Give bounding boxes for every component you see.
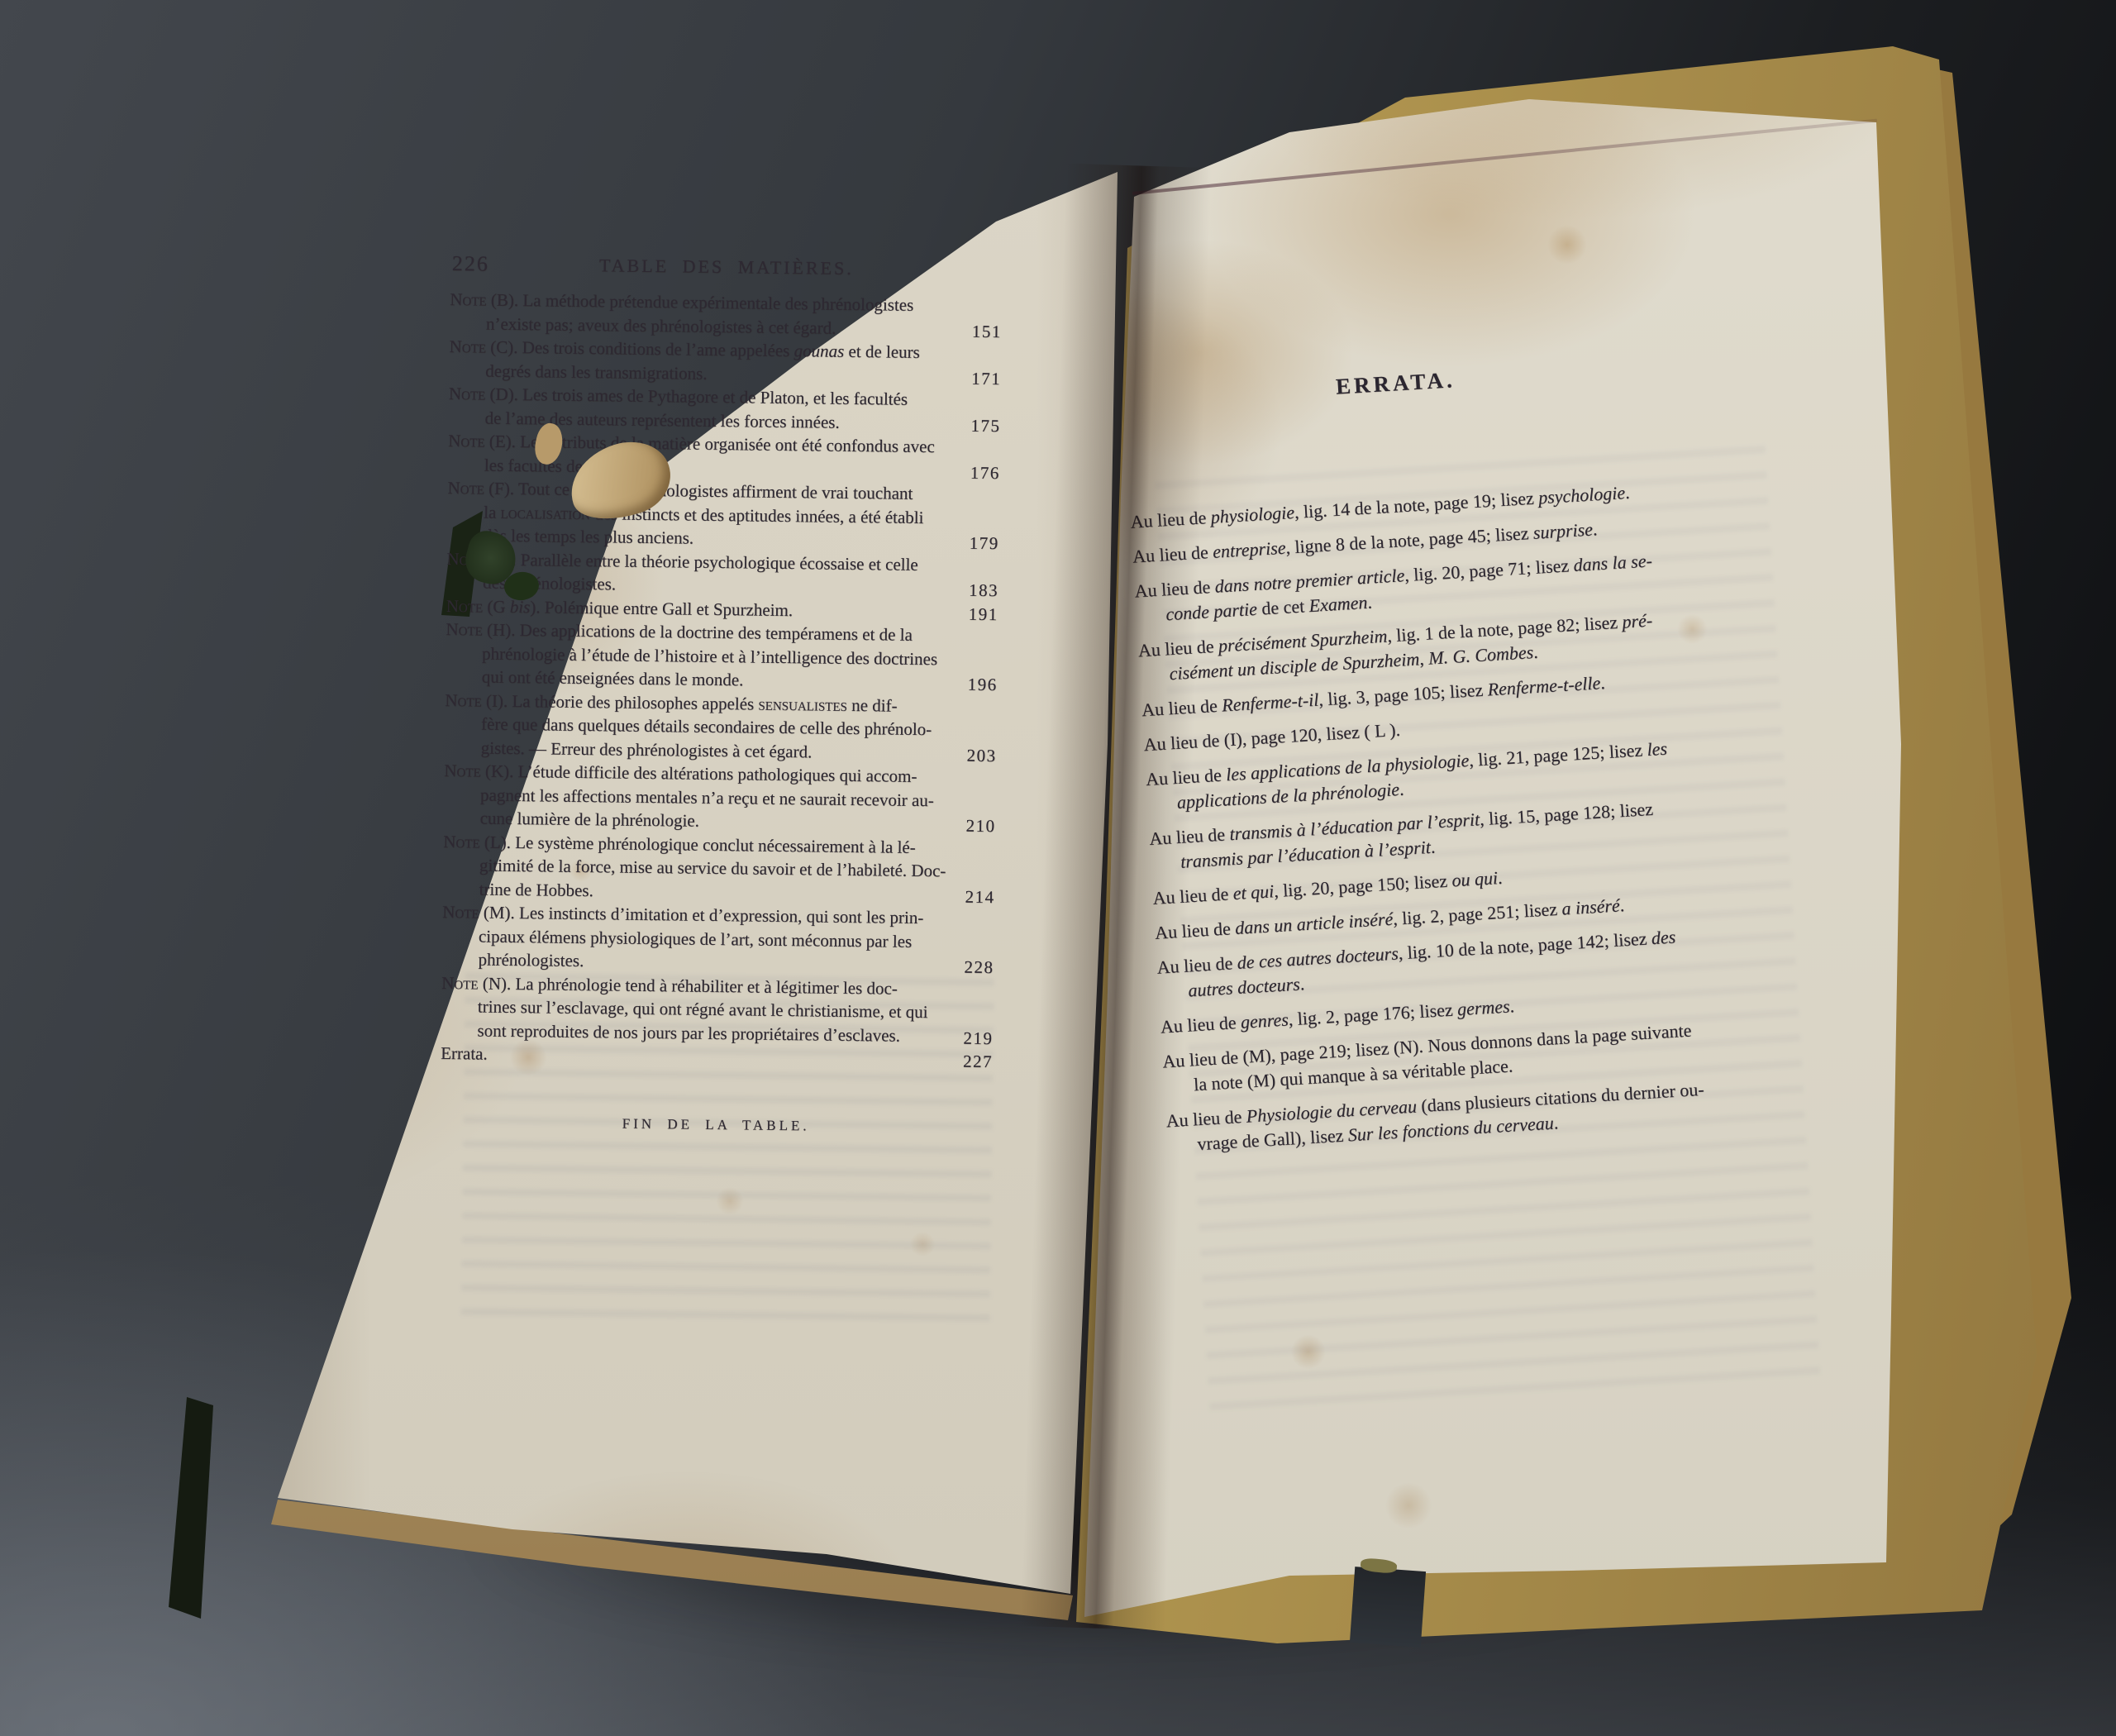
text-segment: sont reproduites de nos jours par les pr… bbox=[477, 1020, 900, 1045]
text-segment: (N). La phrénologie tend à réhabiliter e… bbox=[478, 973, 898, 998]
text-segment: Note bbox=[448, 431, 485, 451]
bottom-edge-notch bbox=[1350, 1567, 1426, 1648]
text-segment: autres docteurs bbox=[1188, 974, 1301, 1001]
text-segment: . bbox=[1497, 867, 1503, 888]
text-segment: germes bbox=[1456, 996, 1510, 1020]
toc-page-number: 179 bbox=[970, 532, 999, 556]
text-segment: . bbox=[1509, 995, 1515, 1016]
text-segment: Note bbox=[447, 478, 484, 498]
text-segment: gitimité de la force, mise au service du… bbox=[479, 855, 946, 880]
text-segment: trines sur l’esclavage, qui ont régné av… bbox=[478, 996, 928, 1022]
text-segment: , lig. 14 de la note, page 19; lisez bbox=[1294, 487, 1539, 522]
toc-page-number: 228 bbox=[964, 956, 994, 980]
text-segment: ne dif- bbox=[847, 694, 898, 715]
toc-page-number: 176 bbox=[970, 460, 1000, 484]
text-segment: , lig. 2, page 176; lisez bbox=[1288, 999, 1458, 1029]
text-segment: sensualistes bbox=[758, 694, 847, 714]
text-segment: dans un article inséré bbox=[1234, 909, 1393, 938]
toc-page-number: 214 bbox=[965, 885, 994, 909]
text-segment: (L). Le système phrénologique conclut né… bbox=[479, 832, 915, 856]
text-segment: (M). Les instincts d’imitation et d’expr… bbox=[479, 902, 923, 928]
text-segment: . bbox=[1624, 482, 1630, 503]
text-segment: , ligne 8 de la note, page 45; lisez bbox=[1285, 522, 1534, 558]
text-segment: genres bbox=[1240, 1009, 1289, 1032]
text-segment: . bbox=[1299, 973, 1305, 994]
toc-page-number: 219 bbox=[963, 1026, 993, 1050]
toc-page-number: 171 bbox=[971, 366, 1001, 390]
text-segment: . bbox=[1430, 837, 1436, 857]
book-photo: 226 TABLE DES MATIÈRES. Note (B). La mét… bbox=[0, 0, 2116, 1736]
text-segment: M. G. Combes bbox=[1427, 641, 1533, 668]
text-segment: Note bbox=[449, 384, 486, 404]
text-segment: . bbox=[1399, 779, 1404, 799]
text-segment: , lig. 2, page 251; lisez bbox=[1392, 899, 1562, 929]
toc-page-number: 151 bbox=[972, 319, 1002, 343]
text-segment: et de leurs bbox=[844, 341, 920, 362]
text-segment: . bbox=[1619, 894, 1625, 915]
text-segment: a inséré bbox=[1561, 894, 1621, 918]
text-segment: . bbox=[1367, 592, 1373, 613]
text-segment: les bbox=[1647, 738, 1668, 760]
text-segment: ou qui bbox=[1451, 867, 1499, 890]
text-segment: n’existe pas; aveux des phrénologistes à… bbox=[486, 313, 836, 337]
text-segment: et qui bbox=[1232, 880, 1275, 904]
toc-page-number: 196 bbox=[967, 673, 997, 697]
text-segment: degrés dans les transmigrations. bbox=[485, 360, 708, 383]
text-segment: entreprise bbox=[1212, 537, 1286, 562]
text-segment: , lig. 20, page 150; lisez bbox=[1273, 870, 1452, 901]
text-segment: . bbox=[1592, 518, 1598, 539]
text-segment: Note bbox=[450, 289, 487, 310]
toc-page-number: 175 bbox=[970, 413, 1000, 437]
page-number-folio: 226 bbox=[452, 251, 489, 277]
text-segment: Renferme-t-il bbox=[1221, 689, 1319, 716]
text-segment: de cet bbox=[1256, 595, 1309, 619]
text-segment: de l’ame des auteurs représentent les fo… bbox=[484, 408, 839, 432]
text-segment: des bbox=[1651, 927, 1676, 949]
text-segment: Renferme-t-elle bbox=[1487, 672, 1601, 699]
text-segment: dans la se- bbox=[1573, 550, 1653, 575]
text-segment: surprise bbox=[1532, 519, 1593, 543]
text-segment: . bbox=[1532, 641, 1538, 662]
text-segment: phrénologistes. bbox=[478, 949, 584, 971]
right-page-text: ERRATA. Au lieu de physiologie, lig. 14 … bbox=[1122, 347, 1839, 1168]
text-segment: , lig. 3, page 105; lisez bbox=[1318, 679, 1489, 709]
toc-page-number: 183 bbox=[969, 579, 998, 603]
text-segment: (B). La méthode prétendue expérimentale … bbox=[486, 290, 913, 315]
toc-page-number: 210 bbox=[965, 814, 995, 838]
toc-page-number: 227 bbox=[963, 1050, 993, 1074]
text-segment: . bbox=[1599, 672, 1605, 693]
text-segment: physiologie bbox=[1210, 502, 1295, 527]
text-segment: (C). Des trois conditions de l’ame appel… bbox=[486, 337, 794, 361]
errata-entries: Au lieu de physiologie, lig. 14 de la no… bbox=[1130, 470, 1838, 1159]
table-of-contents-title: TABLE DES MATIÈRES. bbox=[450, 253, 1003, 281]
text-segment: cipaux élémens physiologiques de l’art, … bbox=[479, 926, 913, 951]
text-segment: gounas bbox=[793, 341, 844, 361]
text-segment: . bbox=[1553, 1112, 1559, 1133]
toc-page-number: 191 bbox=[969, 602, 998, 626]
text-segment: Examen bbox=[1308, 592, 1368, 616]
text-segment: pré- bbox=[1622, 609, 1653, 632]
text-segment: Note bbox=[449, 336, 486, 357]
text-segment: psychologie bbox=[1537, 482, 1625, 508]
text-segment: (D). Les trois ames de Pythagore et de P… bbox=[485, 384, 908, 409]
toc-page-number: 203 bbox=[966, 743, 996, 767]
